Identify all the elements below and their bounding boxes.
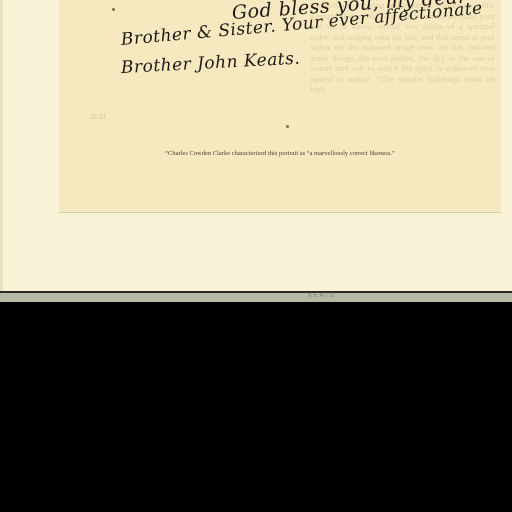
portrait-caption: “Charles Cowden Clarke characterized thi…: [59, 150, 501, 157]
ink-dot: [286, 125, 289, 128]
scanner-edge-strip: [0, 291, 512, 302]
mat-edge: [0, 0, 3, 291]
ink-dot: [112, 8, 115, 11]
bleed-page-number: 22 23: [90, 113, 106, 121]
strip-label: KEATS: [308, 292, 335, 299]
